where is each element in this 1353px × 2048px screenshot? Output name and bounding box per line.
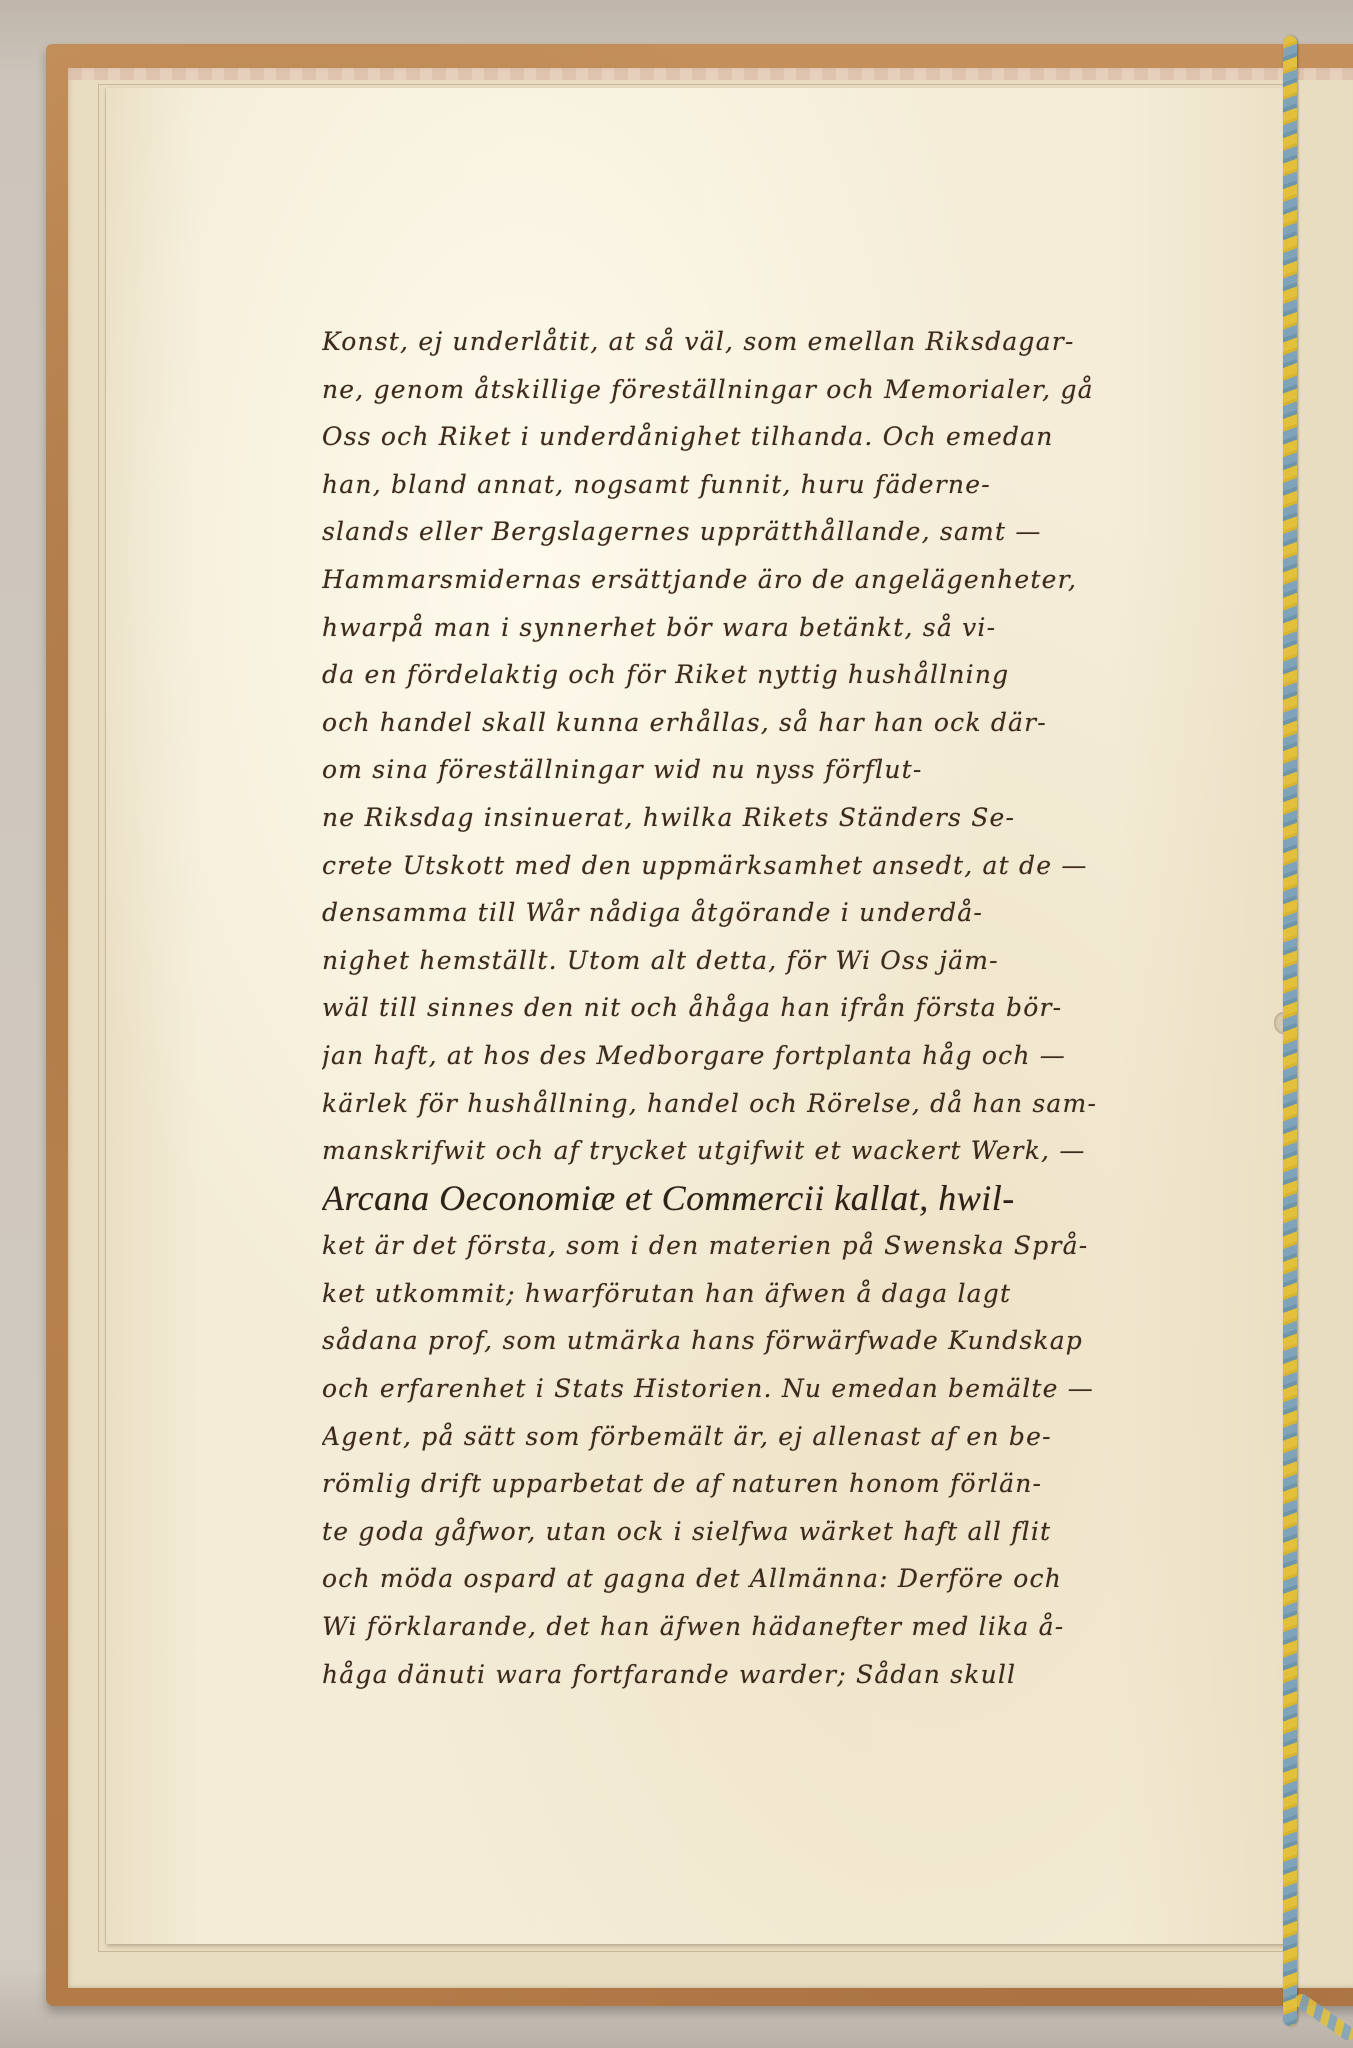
- text-line: ne Riksdag insinuerat, hwilka Rikets Stä…: [322, 794, 1282, 842]
- text-line: och handel skall kunna erhållas, så har …: [322, 699, 1282, 747]
- text-line: densamma till Wår nådiga åtgörande i und…: [322, 889, 1282, 937]
- text-line: ket är det första, som i den materien på…: [322, 1222, 1282, 1270]
- text-line: kärlek för hushållning, handel och Rörel…: [322, 1080, 1282, 1128]
- text-line: om sina föreställningar wid nu nyss förf…: [322, 746, 1282, 794]
- text-line: Wi förklarande, det han äfwen hädanefter…: [322, 1603, 1282, 1651]
- text-line: Hammarsmidernas ersättjande äro de angel…: [322, 556, 1282, 604]
- text-line: nighet hemställt. Utom alt detta, för Wi…: [322, 937, 1282, 985]
- text-line: ket utkommit; hwarförutan han äfwen å da…: [322, 1270, 1282, 1318]
- endleaf-stain-stripe: [68, 68, 1353, 80]
- text-line: crete Utskott med den uppmärksamhet anse…: [322, 842, 1282, 890]
- text-line: sådana prof, som utmärka hans förwärfwad…: [322, 1317, 1282, 1365]
- text-line: te goda gåfwor, utan ock i sielfwa wärke…: [322, 1508, 1282, 1556]
- text-line: jan haft, at hos des Medborgare fortplan…: [322, 1032, 1282, 1080]
- text-line: manskrifwit och af trycket utgifwit et w…: [322, 1127, 1282, 1175]
- text-line: wäl till sinnes den nit och åhåga han if…: [322, 984, 1282, 1032]
- text-line: och erfarenhet i Stats Historien. Nu eme…: [322, 1365, 1282, 1413]
- text-line: Oss och Riket i underdånighet tilhanda. …: [322, 413, 1282, 461]
- text-line: han, bland annat, nogsamt funnit, huru f…: [322, 461, 1282, 509]
- text-line: da en fördelaktig och för Riket nyttig h…: [322, 651, 1282, 699]
- text-line: håga dänuti wara fortfarande warder; Såd…: [322, 1651, 1282, 1699]
- braided-binding-cord: [1283, 36, 1297, 2026]
- text-line: slands eller Bergslagernes upprätthållan…: [322, 508, 1282, 556]
- text-line: römlig drift upparbetat de af naturen ho…: [322, 1460, 1282, 1508]
- text-line: hwarpå man i synnerhet bör wara betänkt,…: [322, 604, 1282, 652]
- text-line: och möda ospard at gagna det Allmänna: D…: [322, 1555, 1282, 1603]
- text-line: Agent, på sätt som förbemält är, ej alle…: [322, 1413, 1282, 1461]
- text-line: Konst, ej underlåtit, at så väl, som eme…: [322, 318, 1282, 366]
- text-line-latin-title: Arcana Oeconomiæ et Commercii kallat, hw…: [322, 1175, 1282, 1223]
- manuscript-text: Konst, ej underlåtit, at så väl, som eme…: [322, 318, 1282, 1698]
- text-line: ne, genom åtskillige föreställningar och…: [322, 366, 1282, 414]
